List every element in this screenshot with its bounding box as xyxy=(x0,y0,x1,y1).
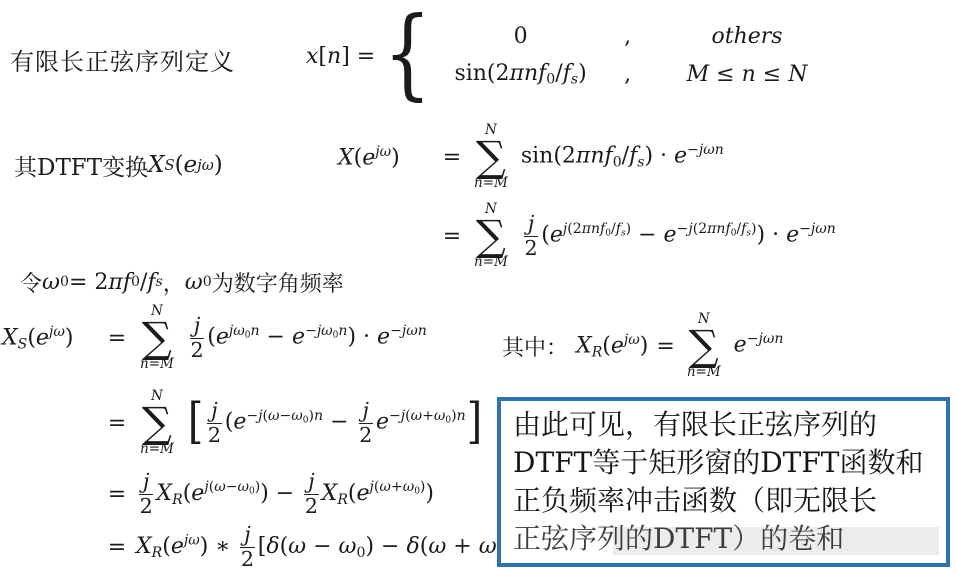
fraction: j2 xyxy=(190,315,204,361)
fraction: j2 xyxy=(359,400,373,446)
dtft-line-1: N∑n=M sin(2πnf0/fs) · e−jωn xyxy=(470,122,836,191)
piecewise-definition-equation: x[n] = { 0 , others sin(2πnf0/fs) , M ≤ … xyxy=(306,2,845,110)
xs-line-3: j2XR(ej(ω−ω0)) − j2XR(ej(ω+ω0)) xyxy=(136,471,523,517)
xr-lhs: XR(ejω) xyxy=(576,332,648,360)
x-ejw-lhs: X(ejω) xyxy=(338,144,434,171)
dtft-equation-block: X(ejω) = N∑n=M sin(2πnf0/fs) · e−jωn = N… xyxy=(338,116,836,274)
summation: N∑n=M xyxy=(140,303,174,372)
note-box: 由此可见，有限长正弦序列的 DTFT等于矩形窗的DTFT函数和 正负频率冲击函数… xyxy=(497,397,950,567)
note-text-line: 正弦序列的DTFT）的卷和 xyxy=(513,520,935,558)
dtft-line-2: N∑n=M j2(ej(2πnf0/fs) − e−j(2πnf0/fs)) ·… xyxy=(470,201,836,270)
case1-value: 0 xyxy=(514,24,528,49)
xs-lhs: XS(ejω) xyxy=(2,324,98,352)
xs-derivation-block: XS(ejω) = N∑n=M j2(ejω0n − e−jω0n) · e−j… xyxy=(2,298,523,570)
cases-brace-glyph: { xyxy=(383,4,431,103)
fraction: j2 xyxy=(240,524,254,570)
xs-line-1: N∑n=M j2(ejω0n − e−jω0n) · e−jωn xyxy=(136,303,523,372)
lecture-slide: 有限长正弦序列定义 x[n] = { 0 , others sin(2πnf0/… xyxy=(0,0,955,570)
summation: N∑n=M xyxy=(474,201,508,270)
equals-sign: = xyxy=(443,145,461,170)
where-prefix: 其中： xyxy=(502,331,568,362)
note-text-line: DTFT等于矩形窗的DTFT函数和 xyxy=(513,444,935,482)
equals-sign: = xyxy=(108,535,126,560)
equals-sign: = xyxy=(108,326,126,351)
summation: N∑n=M xyxy=(140,388,174,457)
equals-sign: = xyxy=(108,411,126,436)
cases-grid: 0 , others sin(2πnf0/fs) , M ≤ n ≤ N xyxy=(436,24,845,88)
omega0-definition-line: 令ω0 = 2πf0/fs ， ω0 为数字角频率 xyxy=(20,262,344,302)
fraction: j2 xyxy=(139,471,153,517)
xs-line-2: N∑n=M [j2(e−j(ω−ω0)n − j2e−j(ω+ω0)n] xyxy=(136,388,523,457)
definition-label: 有限长正弦序列定义 xyxy=(10,42,235,77)
xs-line-4: XR(ejω) ∗ j2[δ(ω − ω0) − δ(ω + ω0)] xyxy=(136,524,523,570)
case1-comma: , xyxy=(624,24,631,49)
fraction: j2 xyxy=(524,213,538,259)
case2-condition: M ≤ n ≤ N xyxy=(687,62,808,87)
note-text-line: 由此可见，有限长正弦序列的 xyxy=(513,406,935,444)
equals-sign: = xyxy=(656,334,674,359)
fraction: j2 xyxy=(304,471,318,517)
fraction: j2 xyxy=(207,400,221,446)
xr-rhs: N∑n=M e−jωn xyxy=(683,311,784,380)
equals-sign: = xyxy=(108,482,126,507)
xr-definition-line: 其中： XR(ejω) = N∑n=M e−jωn xyxy=(502,303,783,389)
case1-condition: others xyxy=(712,24,783,49)
summation: N∑n=M xyxy=(687,311,721,380)
xn-lhs: x[n] = xyxy=(306,44,375,69)
note-text-line: 正负频率冲击函数（即无限长 xyxy=(513,482,935,520)
equals-sign: = xyxy=(443,224,461,249)
dtft-transform-label: 其DTFT变换XS(ejω) xyxy=(14,138,223,192)
summation: N∑n=M xyxy=(474,122,508,191)
case2-comma: , xyxy=(624,62,631,87)
case2-value: sin(2πnf0/fs) xyxy=(454,61,586,88)
